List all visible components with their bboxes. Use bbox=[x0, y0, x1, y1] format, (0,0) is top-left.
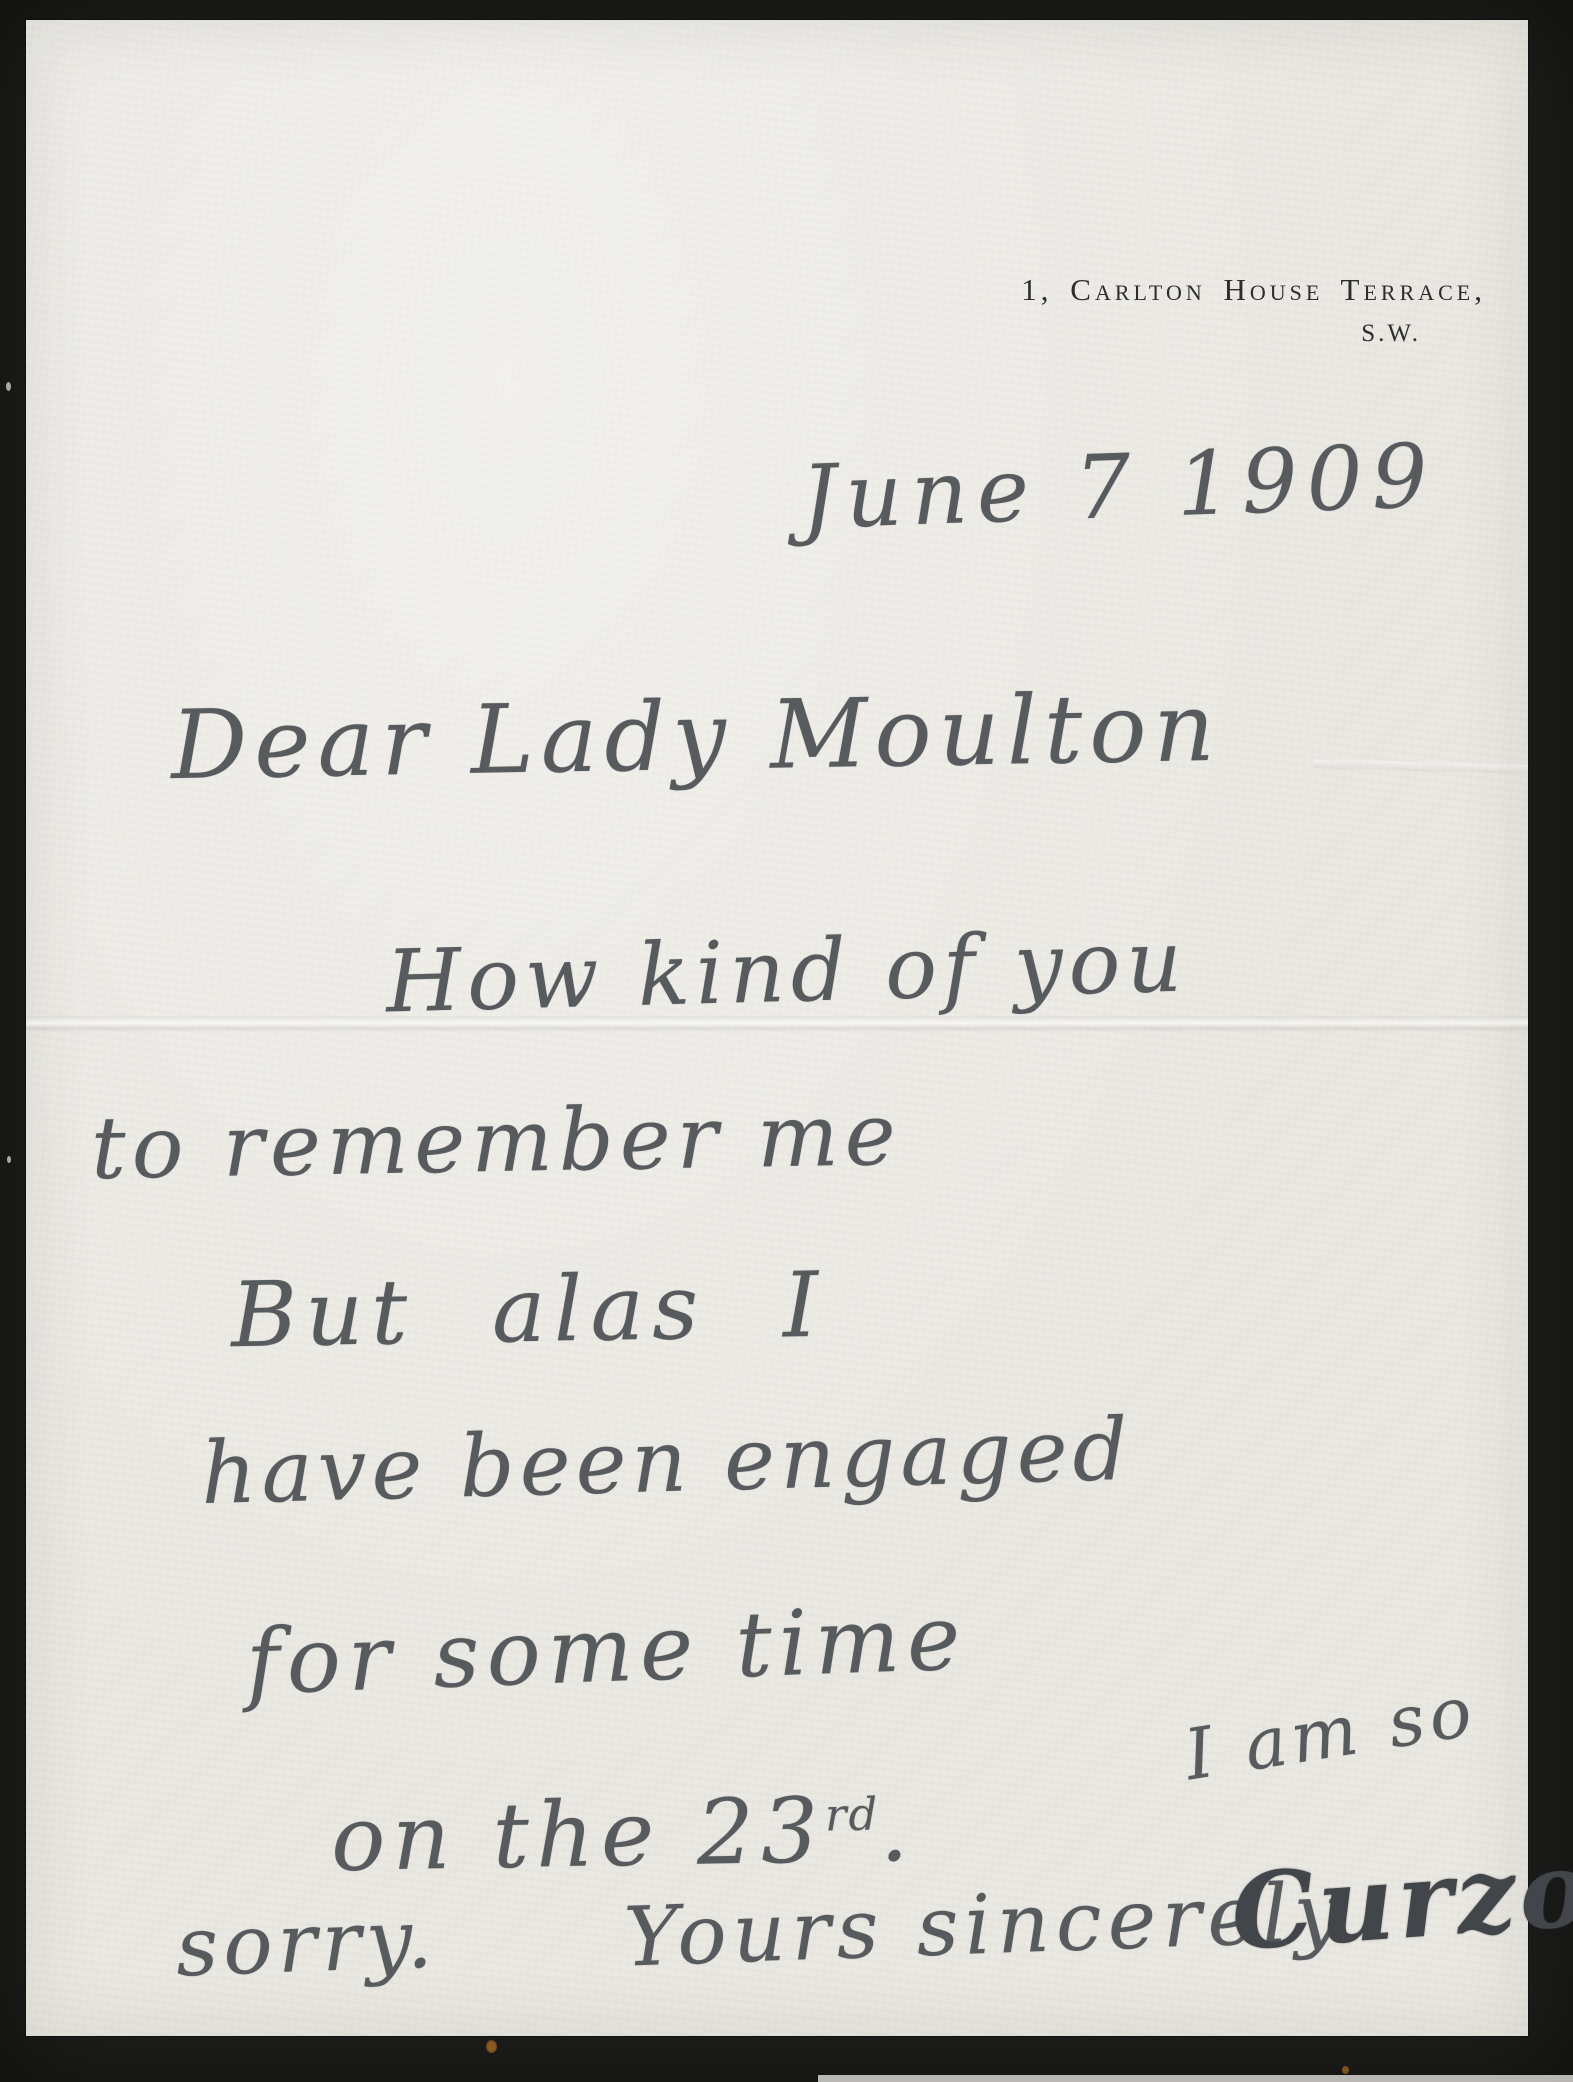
ordinal-superscript: rd bbox=[825, 1788, 880, 1842]
paper-speck bbox=[486, 2040, 497, 2053]
salutation: Dear Lady Moulton bbox=[170, 673, 1222, 801]
dust-speck bbox=[6, 382, 11, 391]
body-line-4: have been engaged bbox=[200, 1400, 1134, 1524]
handwritten-date: June 7 1909 bbox=[799, 424, 1438, 549]
body-line-7: I am so bbox=[1179, 1670, 1482, 1797]
body-line-6: on the 23rd. bbox=[330, 1777, 916, 1892]
body-line-5: for some time bbox=[244, 1585, 968, 1715]
body-line-1: How kind of you bbox=[385, 912, 1189, 1033]
body-line-6-text: on the 23 bbox=[330, 1778, 826, 1892]
letter-paper: 1, Carlton House Terrace, S.W. June 7 19… bbox=[26, 20, 1528, 2036]
body-line-8: sorry. bbox=[174, 1891, 439, 1995]
letterhead-district: S.W. bbox=[886, 320, 1421, 348]
body-line-6-period: . bbox=[879, 1777, 916, 1883]
signature: Curzon bbox=[1227, 1821, 1573, 1974]
scan-edge bbox=[818, 2075, 1573, 2082]
scanned-letter: 1, Carlton House Terrace, S.W. June 7 19… bbox=[0, 0, 1573, 2082]
letterhead-address: 1, Carlton House Terrace, bbox=[886, 272, 1486, 308]
fold-crease-right bbox=[1313, 759, 1528, 774]
body-line-2: to remember me bbox=[90, 1085, 902, 1199]
dust-speck bbox=[7, 1156, 11, 1163]
paper-speck bbox=[1342, 2066, 1349, 2074]
body-line-3: But alas I bbox=[230, 1253, 827, 1368]
